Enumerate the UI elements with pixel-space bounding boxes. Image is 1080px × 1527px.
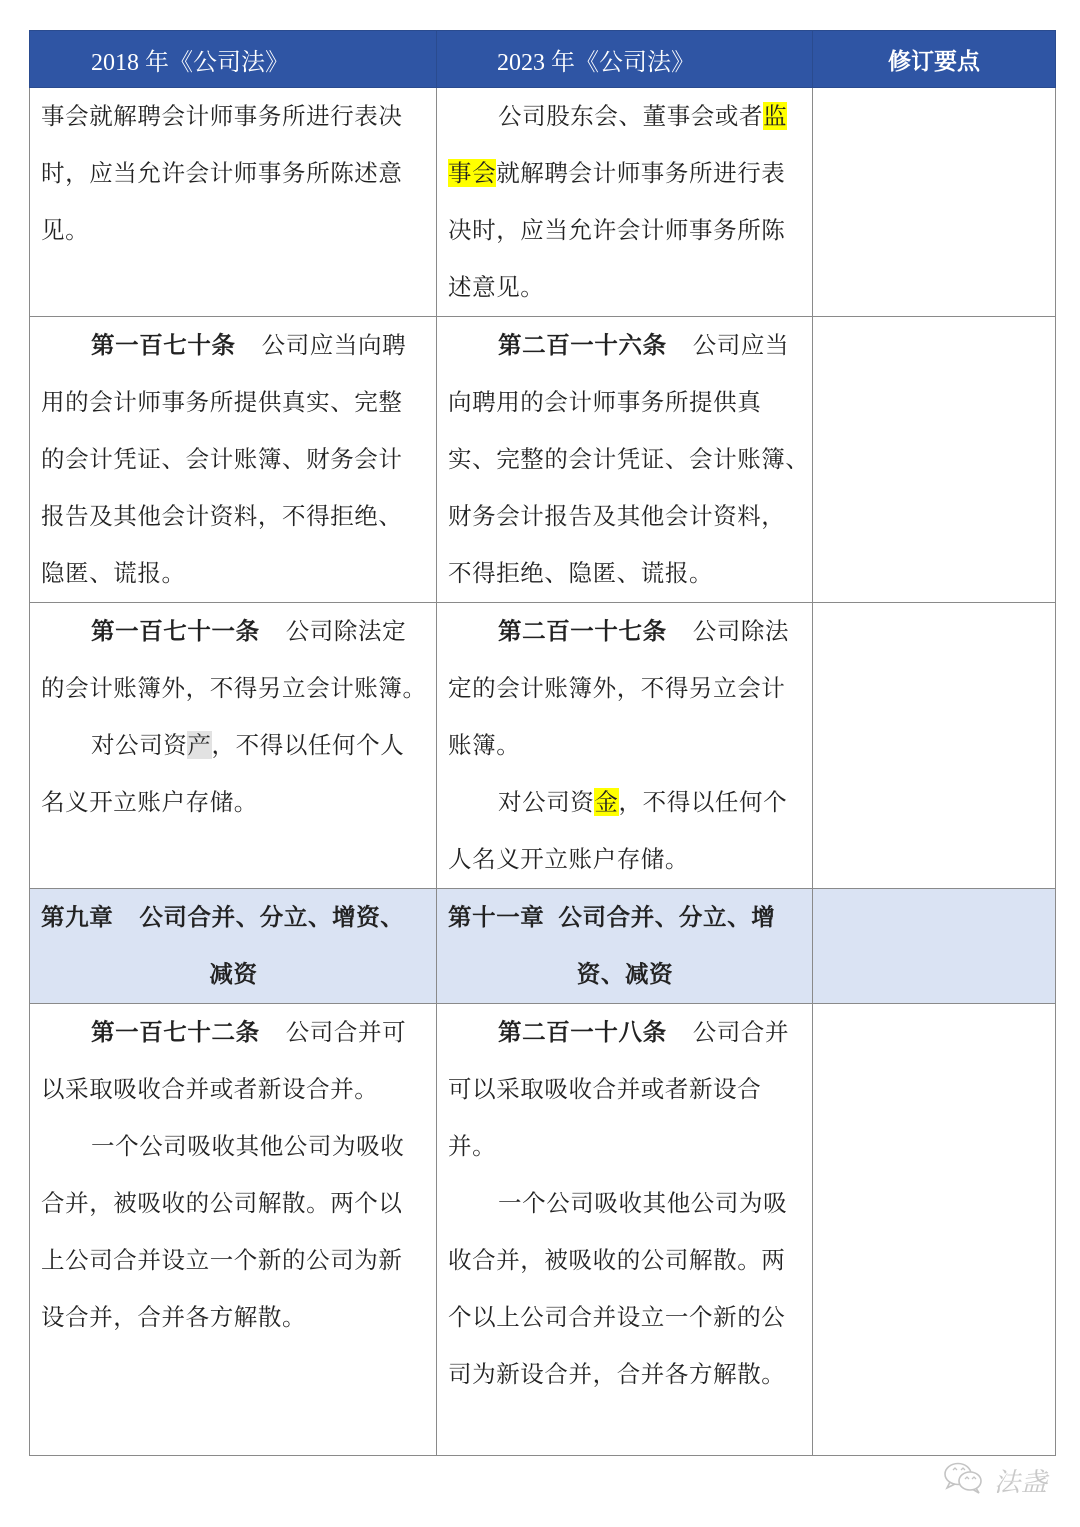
text-line: 隐匿、谎报。 bbox=[41, 545, 426, 602]
text-line: 第二百一十八条公司合并 bbox=[448, 1004, 802, 1061]
cell-2023: 第二百一十六条公司应当 向聘用的会计师事务所提供真 实、完整的会计凭证、会计账簿… bbox=[437, 317, 813, 603]
text-span: 对公司资 bbox=[91, 731, 187, 759]
changed-text: 产 bbox=[187, 731, 211, 759]
cell-2023: 第二百一十八条公司合并 可以采取吸收合并或者新设合 并。 一个公司吸收其他公司为… bbox=[437, 1004, 813, 1456]
cell-notes bbox=[813, 317, 1056, 603]
text-span: 公司除法 bbox=[693, 617, 789, 645]
table-row: 事会就解聘会计师事务所进行表决 时，应当允许会计师事务所陈述意 见。 公司股东会… bbox=[30, 88, 1056, 317]
chapter-title-line: 减资 bbox=[41, 946, 426, 1003]
article-number: 第一百七十条 bbox=[91, 331, 236, 359]
text-line: 合并，被吸收的公司解散。两个以 bbox=[41, 1175, 426, 1232]
text-line: 人名义开立账户存储。 bbox=[448, 831, 802, 888]
article-number: 第一百七十二条 bbox=[91, 1018, 260, 1046]
text-line: 定的会计账簿外，不得另立会计 bbox=[448, 660, 802, 717]
cell-2018: 事会就解聘会计师事务所进行表决 时，应当允许会计师事务所陈述意 见。 bbox=[30, 88, 437, 317]
chapter-cell-2018: 第九章公司合并、分立、增资、 减资 bbox=[30, 889, 437, 1004]
text-line: 第一百七十二条公司合并可 bbox=[41, 1004, 426, 1061]
article-number: 第一百七十一条 bbox=[91, 617, 260, 645]
article-number: 第二百一十八条 bbox=[498, 1018, 667, 1046]
article-number: 第二百一十七条 bbox=[498, 617, 667, 645]
text-line: 第一百七十条公司应当向聘 bbox=[41, 317, 426, 374]
text-line: 司为新设合并，合并各方解散。 bbox=[448, 1346, 802, 1403]
text-line: 向聘用的会计师事务所提供真 bbox=[448, 374, 802, 431]
text-line: 实、完整的会计凭证、会计账簿、 bbox=[448, 431, 802, 488]
text-line: 可以采取吸收合并或者新设合 bbox=[448, 1061, 802, 1118]
text-line: 对公司资金，不得以任何个 bbox=[448, 774, 802, 831]
text-line: 公司股东会、董事会或者监 bbox=[448, 88, 802, 145]
header-2018-law: 2018 年《公司法》 bbox=[30, 31, 437, 88]
cell-2023: 公司股东会、董事会或者监 事会就解聘会计师事务所进行表 决时，应当允许会计师事务… bbox=[437, 88, 813, 317]
highlighted-change: 金 bbox=[594, 788, 618, 816]
chapter-title-line: 资、减资 bbox=[448, 946, 802, 1003]
article-number: 第二百一十六条 bbox=[498, 331, 667, 359]
text-span: 公司应当向聘 bbox=[262, 331, 407, 359]
text-line: 财务会计报告及其他会计资料， bbox=[448, 488, 802, 545]
text-span: 公司股东会、董事会或者 bbox=[498, 102, 763, 130]
watermark: 法盏 bbox=[942, 1463, 1048, 1497]
cell-notes bbox=[813, 88, 1056, 317]
text-line: 决时，应当允许会计师事务所陈 bbox=[448, 202, 802, 259]
chapter-row: 第九章公司合并、分立、增资、 减资 第十一章公司合并、分立、增 资、减资 bbox=[30, 889, 1056, 1004]
text-line: 的会计凭证、会计账簿、财务会计 bbox=[41, 431, 426, 488]
text-line: 用的会计师事务所提供真实、完整 bbox=[41, 374, 426, 431]
text-line: 第二百一十七条公司除法 bbox=[448, 603, 802, 660]
text-line: 上公司合并设立一个新的公司为新 bbox=[41, 1232, 426, 1289]
cell-2018: 第一百七十一条公司除法定 的会计账簿外，不得另立会计账簿。 对公司资产，不得以任… bbox=[30, 603, 437, 889]
text-line: 名义开立账户存储。 bbox=[41, 774, 426, 831]
text-line: 以采取吸收合并或者新设合并。 bbox=[41, 1061, 426, 1118]
header-revision-notes: 修订要点 bbox=[813, 31, 1056, 88]
text-span: 就解聘会计师事务所进行表 bbox=[496, 159, 785, 187]
text-span: 公司合并可 bbox=[286, 1018, 407, 1046]
text-line: 见。 bbox=[41, 202, 426, 259]
table-row: 第一百七十二条公司合并可 以采取吸收合并或者新设合并。 一个公司吸收其他公司为吸… bbox=[30, 1004, 1056, 1456]
text-line: 一个公司吸收其他公司为吸收 bbox=[41, 1118, 426, 1175]
chapter-number: 第九章 bbox=[41, 903, 113, 931]
text-line: 个以上公司合并设立一个新的公 bbox=[448, 1289, 802, 1346]
table-header-row: 2018 年《公司法》 2023 年《公司法》 修订要点 bbox=[30, 31, 1056, 88]
chapter-cell-2023: 第十一章公司合并、分立、增 资、减资 bbox=[437, 889, 813, 1004]
cell-2023: 第二百一十七条公司除法 定的会计账簿外，不得另立会计 账簿。 对公司资金，不得以… bbox=[437, 603, 813, 889]
text-span: 对公司资 bbox=[498, 788, 594, 816]
text-line: 第一百七十一条公司除法定 bbox=[41, 603, 426, 660]
watermark-text: 法盏 bbox=[994, 1462, 1048, 1499]
text-line: 不得拒绝、隐匿、谎报。 bbox=[448, 545, 802, 602]
text-span: ，不得以任何个人 bbox=[212, 731, 405, 759]
chapter-title: 公司合并、分立、增资、 bbox=[139, 903, 404, 931]
text-line: 并。 bbox=[448, 1118, 802, 1175]
cell-notes bbox=[813, 603, 1056, 889]
text-line: 账簿。 bbox=[448, 717, 802, 774]
text-line: 时，应当允许会计师事务所陈述意 bbox=[41, 145, 426, 202]
text-line: 对公司资产，不得以任何个人 bbox=[41, 717, 426, 774]
text-line: 事会就解聘会计师事务所进行表 bbox=[448, 145, 802, 202]
text-span: 公司除法定 bbox=[286, 617, 407, 645]
cell-2018: 第一百七十条公司应当向聘 用的会计师事务所提供真实、完整 的会计凭证、会计账簿、… bbox=[30, 317, 437, 603]
cell-2018: 第一百七十二条公司合并可 以采取吸收合并或者新设合并。 一个公司吸收其他公司为吸… bbox=[30, 1004, 437, 1456]
cell-notes bbox=[813, 889, 1056, 1004]
text-line: 第二百一十六条公司应当 bbox=[448, 317, 802, 374]
text-line: 收合并，被吸收的公司解散。两 bbox=[448, 1232, 802, 1289]
wechat-icon bbox=[942, 1461, 986, 1499]
text-line: 一个公司吸收其他公司为吸 bbox=[448, 1175, 802, 1232]
header-2023-law: 2023 年《公司法》 bbox=[437, 31, 813, 88]
table-row: 第一百七十一条公司除法定 的会计账簿外，不得另立会计账簿。 对公司资产，不得以任… bbox=[30, 603, 1056, 889]
highlighted-change: 事会 bbox=[448, 159, 496, 187]
highlighted-change: 监 bbox=[763, 102, 787, 130]
text-span: ，不得以任何个 bbox=[619, 788, 788, 816]
text-line: 的会计账簿外，不得另立会计账簿。 bbox=[41, 660, 426, 717]
text-span: 公司合并 bbox=[693, 1018, 789, 1046]
chapter-number: 第十一章 bbox=[448, 903, 544, 931]
text-span: 公司应当 bbox=[693, 331, 789, 359]
chapter-title-line: 第九章公司合并、分立、增资、 bbox=[41, 889, 426, 946]
table-row: 第一百七十条公司应当向聘 用的会计师事务所提供真实、完整 的会计凭证、会计账簿、… bbox=[30, 317, 1056, 603]
text-line: 述意见。 bbox=[448, 259, 802, 316]
cell-notes bbox=[813, 1004, 1056, 1456]
chapter-title: 公司合并、分立、增 bbox=[558, 903, 775, 931]
law-comparison-table: 2018 年《公司法》 2023 年《公司法》 修订要点 事会就解聘会计师事务所… bbox=[29, 30, 1056, 1456]
text-line: 报告及其他会计资料，不得拒绝、 bbox=[41, 488, 426, 545]
chapter-title-line: 第十一章公司合并、分立、增 bbox=[448, 889, 802, 946]
text-line: 设合并，合并各方解散。 bbox=[41, 1289, 426, 1346]
text-line: 事会就解聘会计师事务所进行表决 bbox=[41, 88, 426, 145]
